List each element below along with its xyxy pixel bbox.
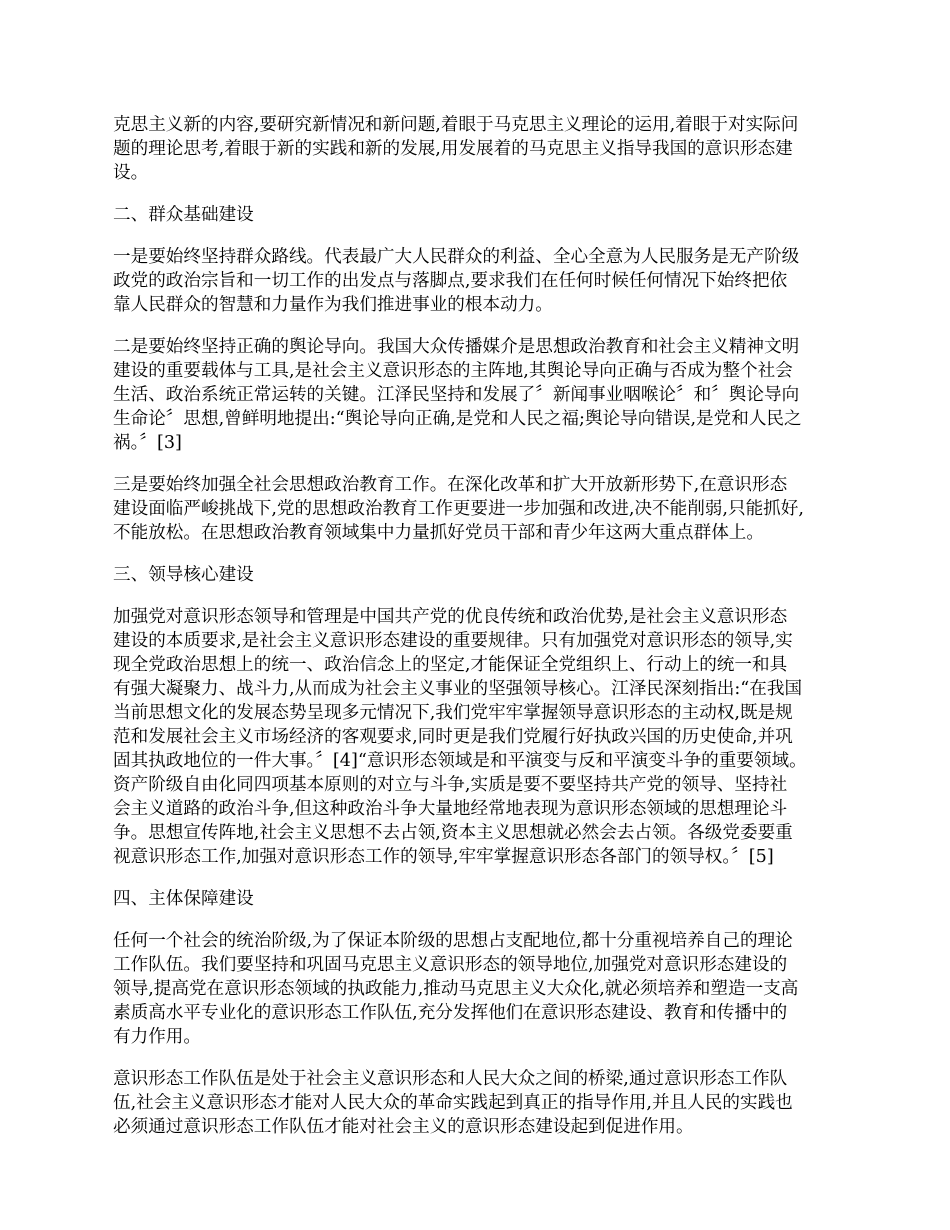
text-line: 政党的政治宗旨和一切工作的出发点与落脚点,要求我们在任何时候任何情况下始终把依 <box>113 269 858 293</box>
text-line: 题的理论思考,着眼于新的实践和新的发展,用发展着的马克思主义指导我国的意识形态建 <box>113 137 858 161</box>
text-line: 三是要始终加强全社会思想政治教育工作。在深化改革和扩大开放新形势下,在意识形态 <box>113 473 858 497</box>
text-line: 当前思想文化的发展态势呈现多元情况下,我们党牢牢掌握领导意识形态的主动权,既是规 <box>113 701 858 725</box>
paragraph-intro-continuation: 克思主义新的内容,要研究新情况和新问题,着眼于马克思主义理论的运用,着眼于对实际… <box>113 113 858 185</box>
text-line: 靠人民群众的智慧和力量作为我们推进事业的根本动力。 <box>113 293 858 317</box>
text-line: 克思主义新的内容,要研究新情况和新问题,着眼于马克思主义理论的运用,着眼于对实际… <box>113 113 858 137</box>
text-line: 建设的本质要求,是社会主义意识形态建设的重要规律。只有加强党对意识形态的领导,实 <box>113 629 858 653</box>
text-line: 设。 <box>113 161 858 185</box>
paragraph-mass-line: 一是要始终坚持群众路线。代表最广大人民群众的利益、全心全意为人民服务是无产阶级 … <box>113 245 858 317</box>
text-line: 现全党政治思想上的统一、政治信念上的坚定,才能保证全党组织上、行动上的统一和具 <box>113 653 858 677</box>
text-line: 素质高水平专业化的意识形态工作队伍,充分发挥他们在意识形态建设、教育和传播中的 <box>113 1001 858 1025</box>
text-line: 生命论〞思想,曾鲜明地提出:“舆论导向正确,是党和人民之福;舆论导向错误,是党和… <box>113 407 858 431</box>
text-line: 建设面临严峻挑战下,党的思想政治教育工作更要进一步加强和改进,决不能削弱,只能抓… <box>113 497 858 521</box>
text-line: 工作队伍。我们要坚持和巩固马克思主义意识形态的领导地位,加强党对意识形态建设的 <box>113 953 858 977</box>
text-line: 祸。〞[3] <box>113 431 858 455</box>
text-line: 固其执政地位的一件大事。〞[4]“意识形态领域是和平演变与反和平演变斗争的重要领… <box>113 749 858 773</box>
paragraph-public-opinion: 二是要始终坚持正确的舆论导向。我国大众传播媒介是思想政治教育和社会主义精神文明 … <box>113 335 858 455</box>
text-line: 有力作用。 <box>113 1025 858 1049</box>
text-line: 会主义道路的政治斗争,但这种政治斗争大量地经常地表现为意识形态领域的思想理论斗 <box>113 797 858 821</box>
text-line: 领导,提高党在意识形态领域的执政能力,推动马克思主义大众化,就必须培养和塑造一支… <box>113 977 858 1001</box>
text-line: 意识形态工作队伍是处于社会主义意识形态和人民大众之间的桥梁,通过意识形态工作队 <box>113 1067 858 1091</box>
text-line: 必须通过意识形态工作队伍才能对社会主义的意识形态建设起到促进作用。 <box>113 1115 858 1139</box>
text-line: 伍,社会主义意识形态才能对人民大众的革命实践起到真正的指导作用,并且人民的实践也 <box>113 1091 858 1115</box>
section-heading-leadership-core: 三、领导核心建设 <box>113 563 858 587</box>
text-line: 加强党对意识形态领导和管理是中国共产党的优良传统和政治优势,是社会主义意识形态 <box>113 605 858 629</box>
text-line: 一是要始终坚持群众路线。代表最广大人民群众的利益、全心全意为人民服务是无产阶级 <box>113 245 858 269</box>
paragraph-political-education: 三是要始终加强全社会思想政治教育工作。在深化改革和扩大开放新形势下,在意识形态 … <box>113 473 858 545</box>
text-line: 生活、政治系统正常运转的关键。江泽民坚持和发展了〞新闻事业咽喉论〞和〞舆论导向 <box>113 383 858 407</box>
document-page: 克思主义新的内容,要研究新情况和新问题,着眼于马克思主义理论的运用,着眼于对实际… <box>113 113 858 1157</box>
text-line: 资产阶级自由化同四项基本原则的对立与斗争,实质是要不要坚持共产党的领导、坚持社 <box>113 773 858 797</box>
paragraph-theory-team: 任何一个社会的统治阶级,为了保证本阶级的思想占支配地位,都十分重视培养自己的理论… <box>113 929 858 1049</box>
paragraph-party-leadership: 加强党对意识形态领导和管理是中国共产党的优良传统和政治优势,是社会主义意识形态 … <box>113 605 858 869</box>
paragraph-team-bridge: 意识形态工作队伍是处于社会主义意识形态和人民大众之间的桥梁,通过意识形态工作队 … <box>113 1067 858 1139</box>
section-heading-mass-foundation: 二、群众基础建设 <box>113 203 858 227</box>
text-line: 二是要始终坚持正确的舆论导向。我国大众传播媒介是思想政治教育和社会主义精神文明 <box>113 335 858 359</box>
section-heading-subject-guarantee: 四、主体保障建设 <box>113 887 858 911</box>
text-line: 任何一个社会的统治阶级,为了保证本阶级的思想占支配地位,都十分重视培养自己的理论 <box>113 929 858 953</box>
text-line: 不能放松。在思想政治教育领域集中力量抓好党员干部和青少年这两大重点群体上。 <box>113 521 858 545</box>
text-line: 视意识形态工作,加强对意识形态工作的领导,牢牢掌握意识形态各部门的领导权。〞[5… <box>113 845 858 869</box>
text-line: 有强大凝聚力、战斗力,从而成为社会主义事业的坚强领导核心。江泽民深刻指出:“在我… <box>113 677 858 701</box>
text-line: 建设的重要载体与工具,是社会主义意识形态的主阵地,其舆论导向正确与否成为整个社会 <box>113 359 858 383</box>
text-line: 范和发展社会主义市场经济的客观要求,同时更是我们党履行好执政兴国的历史使命,并巩 <box>113 725 858 749</box>
text-line: 争。思想宣传阵地,社会主义思想不去占领,资本主义思想就必然会去占领。各级党委要重 <box>113 821 858 845</box>
